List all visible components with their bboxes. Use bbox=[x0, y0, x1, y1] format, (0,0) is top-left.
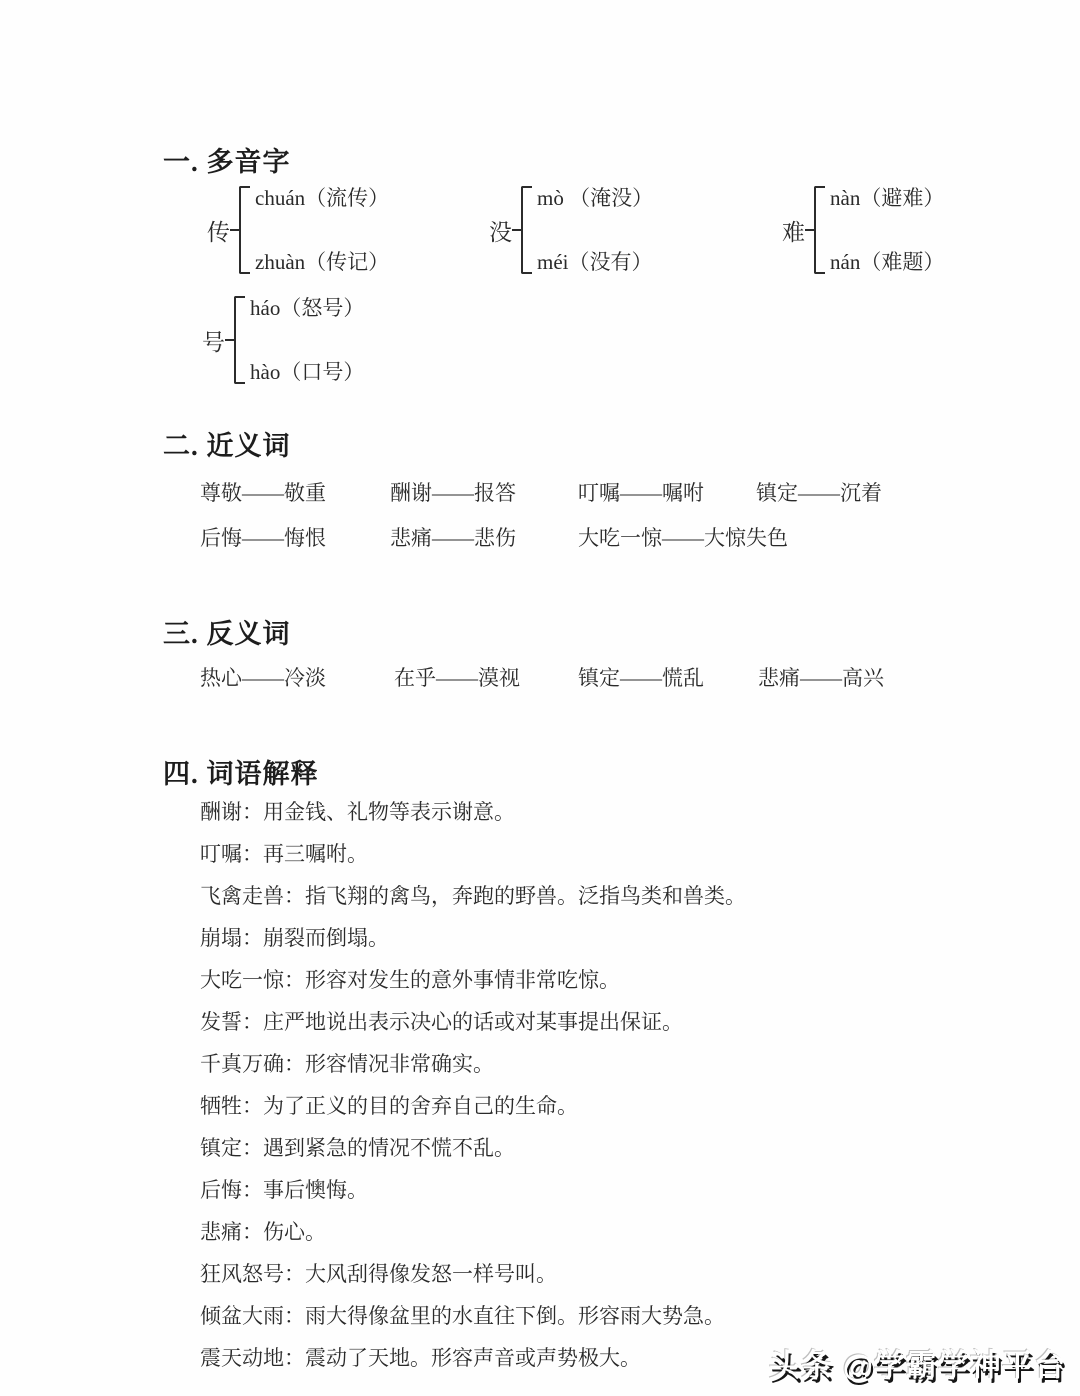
section-heading-synonyms: 二. 近义词 bbox=[163, 424, 291, 463]
synonym-row: 尊敬——敬重 酬谢——报答 叮嘱——嘱咐 镇定——沉着 bbox=[200, 477, 1000, 503]
synonym-pair: 悲痛——悲伤 bbox=[390, 522, 516, 552]
synonym-pair: 酬谢——报答 bbox=[390, 477, 516, 507]
antonym-pair: 悲痛——高兴 bbox=[758, 662, 884, 692]
definition-text: 事后懊悔。 bbox=[263, 1178, 368, 1202]
polyphone-readings: chuán（流传） zhuàn（传记） bbox=[250, 186, 389, 274]
definition-text: 雨大得像盆里的水直往下倒。形容雨大势急。 bbox=[305, 1304, 725, 1328]
antonym-pair: 在乎——漠视 bbox=[394, 662, 520, 692]
definition-text: 为了正义的目的舍弃自己的生命。 bbox=[263, 1094, 578, 1118]
definition-term: 崩塌： bbox=[200, 926, 263, 950]
brace-connector bbox=[512, 229, 521, 231]
synonym-pair: 大吃一惊——大惊失色 bbox=[578, 522, 788, 552]
definition-text: 崩裂而倒塌。 bbox=[263, 926, 389, 950]
document-page: 一. 多音字 传 chuán（流传） zhuàn（传记） 没 mò （淹没） m… bbox=[0, 0, 1080, 1396]
polyphone-group: 没 mò （淹没） méi（没有） bbox=[489, 186, 653, 274]
watermark-toutiao: 头条 @学霸学神平台 bbox=[769, 1340, 1066, 1385]
definition-term: 大吃一惊： bbox=[200, 968, 305, 992]
definition-text: 大风刮得像发怒一样号叫。 bbox=[305, 1262, 557, 1286]
polyphone-readings: nàn（避难） nán（难题） bbox=[825, 186, 944, 274]
polyphone-character: 没 bbox=[489, 214, 512, 247]
section-heading-polyphones: 一. 多音字 bbox=[163, 140, 291, 179]
polyphone-reading: nàn（避难） bbox=[830, 186, 944, 210]
definition-text: 震动了天地。形容声音或声势极大。 bbox=[305, 1346, 641, 1370]
brace-bracket-icon bbox=[234, 296, 245, 384]
section-heading-antonyms: 三. 反义词 bbox=[163, 612, 291, 651]
definition-text: 形容对发生的意外事情非常吃惊。 bbox=[305, 968, 620, 992]
definition-item: 酬谢：用金钱、礼物等表示谢意。 bbox=[200, 801, 900, 824]
antonym-pair: 镇定——慌乱 bbox=[578, 662, 704, 692]
polyphone-reading: hào（口号） bbox=[250, 360, 364, 384]
antonym-row: 热心——冷淡 在乎——漠视 镇定——慌乱 悲痛——高兴 bbox=[200, 662, 1000, 688]
definition-term: 飞禽走兽： bbox=[200, 884, 305, 908]
polyphone-reading: nán（难题） bbox=[830, 250, 944, 274]
definition-text: 再三嘱咐。 bbox=[263, 842, 368, 866]
polyphone-reading: chuán（流传） bbox=[255, 186, 389, 210]
polyphone-reading: zhuàn（传记） bbox=[255, 250, 389, 274]
definition-term: 悲痛： bbox=[200, 1220, 263, 1244]
definition-term: 震天动地： bbox=[200, 1346, 305, 1370]
definition-term: 酬谢： bbox=[200, 800, 263, 824]
polyphone-group: 难 nàn（避难） nán（难题） bbox=[782, 186, 944, 274]
polyphone-character: 传 bbox=[207, 214, 230, 247]
definition-item: 悲痛：伤心。 bbox=[200, 1221, 900, 1244]
polyphone-character: 号 bbox=[202, 324, 225, 357]
polyphone-reading: háo（怒号） bbox=[250, 296, 364, 320]
definition-text: 庄严地说出表示决心的话或对某事提出保证。 bbox=[263, 1010, 683, 1034]
definition-term: 千真万确： bbox=[200, 1052, 305, 1076]
polyphone-readings: háo（怒号） hào（口号） bbox=[245, 296, 364, 384]
definition-item: 后悔：事后懊悔。 bbox=[200, 1179, 900, 1202]
brace-connector bbox=[805, 229, 814, 231]
definition-item: 千真万确：形容情况非常确实。 bbox=[200, 1053, 900, 1076]
brace-bracket-icon bbox=[521, 186, 532, 274]
brace-bracket-icon bbox=[239, 186, 250, 274]
definition-text: 伤心。 bbox=[263, 1220, 326, 1244]
definition-item: 发誓：庄严地说出表示决心的话或对某事提出保证。 bbox=[200, 1011, 900, 1034]
synonym-row: 后悔——悔恨 悲痛——悲伤 大吃一惊——大惊失色 bbox=[200, 522, 1000, 548]
definition-term: 叮嘱： bbox=[200, 842, 263, 866]
synonym-pair: 尊敬——敬重 bbox=[200, 477, 326, 507]
polyphone-character: 难 bbox=[782, 214, 805, 247]
definition-item: 牺牲：为了正义的目的舍弃自己的生命。 bbox=[200, 1095, 900, 1118]
synonym-pair: 镇定——沉着 bbox=[756, 477, 882, 507]
brace-connector bbox=[230, 229, 239, 231]
polyphone-group: 传 chuán（流传） zhuàn（传记） bbox=[207, 186, 389, 274]
definition-item: 崩塌：崩裂而倒塌。 bbox=[200, 927, 900, 950]
definition-text: 指飞翔的禽鸟，奔跑的野兽。泛指鸟类和兽类。 bbox=[305, 884, 746, 908]
definition-term: 镇定： bbox=[200, 1136, 263, 1160]
polyphone-reading: mò （淹没） bbox=[537, 186, 653, 210]
definition-text: 用金钱、礼物等表示谢意。 bbox=[263, 800, 515, 824]
polyphone-readings: mò （淹没） méi（没有） bbox=[532, 186, 653, 274]
definition-term: 发誓： bbox=[200, 1010, 263, 1034]
definition-text: 形容情况非常确实。 bbox=[305, 1052, 494, 1076]
definition-term: 狂风怒号： bbox=[200, 1262, 305, 1286]
section-heading-definitions: 四. 词语解释 bbox=[163, 752, 319, 791]
synonym-pair: 后悔——悔恨 bbox=[200, 522, 326, 552]
polyphone-reading: méi（没有） bbox=[537, 250, 653, 274]
antonym-pair: 热心——冷淡 bbox=[200, 662, 326, 692]
definition-text: 遇到紧急的情况不慌不乱。 bbox=[263, 1136, 515, 1160]
polyphone-group: 号 háo（怒号） hào（口号） bbox=[202, 296, 364, 384]
definition-term: 倾盆大雨： bbox=[200, 1304, 305, 1328]
definition-item: 叮嘱：再三嘱咐。 bbox=[200, 843, 900, 866]
definition-item: 镇定：遇到紧急的情况不慌不乱。 bbox=[200, 1137, 900, 1160]
definition-item: 大吃一惊：形容对发生的意外事情非常吃惊。 bbox=[200, 969, 900, 992]
definition-term: 后悔： bbox=[200, 1178, 263, 1202]
definition-item: 狂风怒号：大风刮得像发怒一样号叫。 bbox=[200, 1263, 900, 1286]
synonym-pair: 叮嘱——嘱咐 bbox=[578, 477, 704, 507]
definition-list: 酬谢：用金钱、礼物等表示谢意。 叮嘱：再三嘱咐。 飞禽走兽：指飞翔的禽鸟，奔跑的… bbox=[200, 801, 900, 1389]
definition-item: 倾盆大雨：雨大得像盆里的水直往下倒。形容雨大势急。 bbox=[200, 1305, 900, 1328]
definition-item: 飞禽走兽：指飞翔的禽鸟，奔跑的野兽。泛指鸟类和兽类。 bbox=[200, 885, 900, 908]
brace-connector bbox=[225, 339, 234, 341]
definition-term: 牺牲： bbox=[200, 1094, 263, 1118]
brace-bracket-icon bbox=[814, 186, 825, 274]
